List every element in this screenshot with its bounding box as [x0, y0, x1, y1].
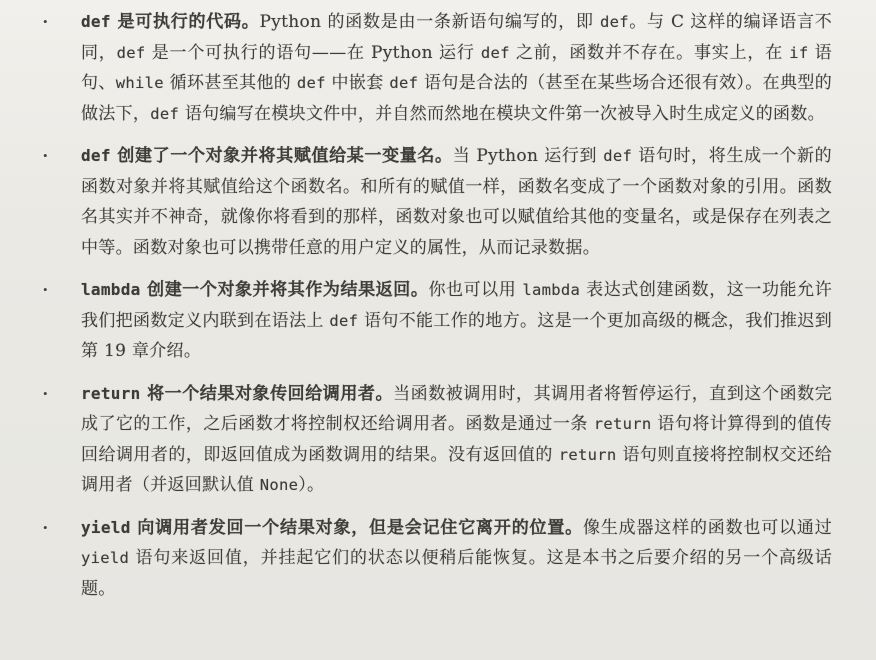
text-segment: 创建了一个对象并将其赋值给某一变量名。 [111, 146, 453, 166]
code-keyword: def [117, 44, 146, 62]
text-segment: 将一个结果对象传回给调用者。 [141, 384, 393, 404]
code-keyword: if [789, 44, 808, 62]
text-segment: ）。 [298, 475, 324, 495]
code-keyword: def [297, 74, 326, 92]
code-keyword: def [81, 12, 111, 31]
bullet-text: def 是可执行的代码。Python 的函数是由一条新语句编写的，即 def。与… [81, 7, 832, 129]
text-segment: 像生成器这样的函数也可以通过 [583, 518, 832, 538]
text-segment: 语句编写在模块文件中，并自然而然地在模块文件第一次被导入时生成定义的函数。 [179, 104, 825, 124]
book-page: •def 是可执行的代码。Python 的函数是由一条新语句编写的，即 def。… [0, 0, 876, 660]
text-segment: 是可执行的代码。 [111, 12, 260, 32]
code-keyword: def [329, 312, 358, 330]
list-item: •def 是可执行的代码。Python 的函数是由一条新语句编写的，即 def。… [40, 7, 832, 129]
code-keyword: def [389, 74, 418, 92]
text-segment: Python 的函数是由一条新语句编写的，即 [260, 12, 600, 32]
code-keyword: lambda [522, 281, 580, 299]
text-segment: 创建一个对象并将其作为结果返回。 [141, 280, 429, 300]
bullet-text: def 创建了一个对象并将其赋值给某一变量名。当 Python 运行到 def … [81, 141, 832, 263]
code-keyword: yield [81, 549, 129, 567]
code-keyword: None [260, 476, 299, 494]
text-segment: 是一个可执行的语句——在 Python 运行 [146, 43, 481, 63]
text-segment: 之前，函数并不存在。事实上，在 [510, 43, 789, 63]
code-keyword: def [481, 44, 510, 62]
code-keyword: yield [81, 518, 131, 537]
code-keyword: while [116, 74, 164, 92]
bullet-text: yield 向调用者发回一个结果对象，但是会记住它离开的位置。像生成器这样的函数… [81, 513, 832, 605]
list-item: •return 将一个结果对象传回给调用者。当函数被调用时，其调用者将暂停运行，… [40, 379, 832, 501]
list-item: •def 创建了一个对象并将其赋值给某一变量名。当 Python 运行到 def… [40, 141, 832, 263]
bullet-text: lambda 创建一个对象并将其作为结果返回。你也可以用 lambda 表达式创… [81, 275, 832, 367]
code-keyword: def [603, 147, 632, 165]
text-segment: 向调用者发回一个结果对象，但是会记住它离开的位置。 [131, 518, 583, 538]
code-keyword: def [81, 146, 111, 165]
list-item: •lambda 创建一个对象并将其作为结果返回。你也可以用 lambda 表达式… [40, 275, 832, 367]
bullet-marker: • [40, 275, 81, 367]
code-keyword: return [559, 446, 617, 464]
bullet-marker: • [40, 7, 81, 129]
bullet-marker: • [40, 513, 81, 605]
bullet-marker: • [40, 379, 81, 501]
bullet-marker: • [40, 141, 81, 263]
text-segment: 当 Python 运行到 [453, 146, 604, 166]
text-segment: 语句来返回值，并挂起它们的状态以便稍后能恢复。这是本书之后要介绍的另一个高级话题… [81, 548, 832, 599]
text-segment: 中嵌套 [326, 73, 390, 93]
text-segment: 你也可以用 [428, 280, 522, 300]
code-keyword: lambda [81, 280, 141, 299]
bullet-text: return 将一个结果对象传回给调用者。当函数被调用时，其调用者将暂停运行，直… [81, 379, 832, 501]
bullet-list: •def 是可执行的代码。Python 的函数是由一条新语句编写的，即 def。… [40, 7, 832, 604]
code-keyword: return [81, 384, 141, 403]
code-keyword: def [600, 13, 629, 31]
text-segment: 循环甚至其他的 [164, 73, 297, 93]
code-keyword: return [594, 415, 652, 433]
list-item: •yield 向调用者发回一个结果对象，但是会记住它离开的位置。像生成器这样的函… [40, 513, 832, 605]
code-keyword: def [150, 105, 179, 123]
